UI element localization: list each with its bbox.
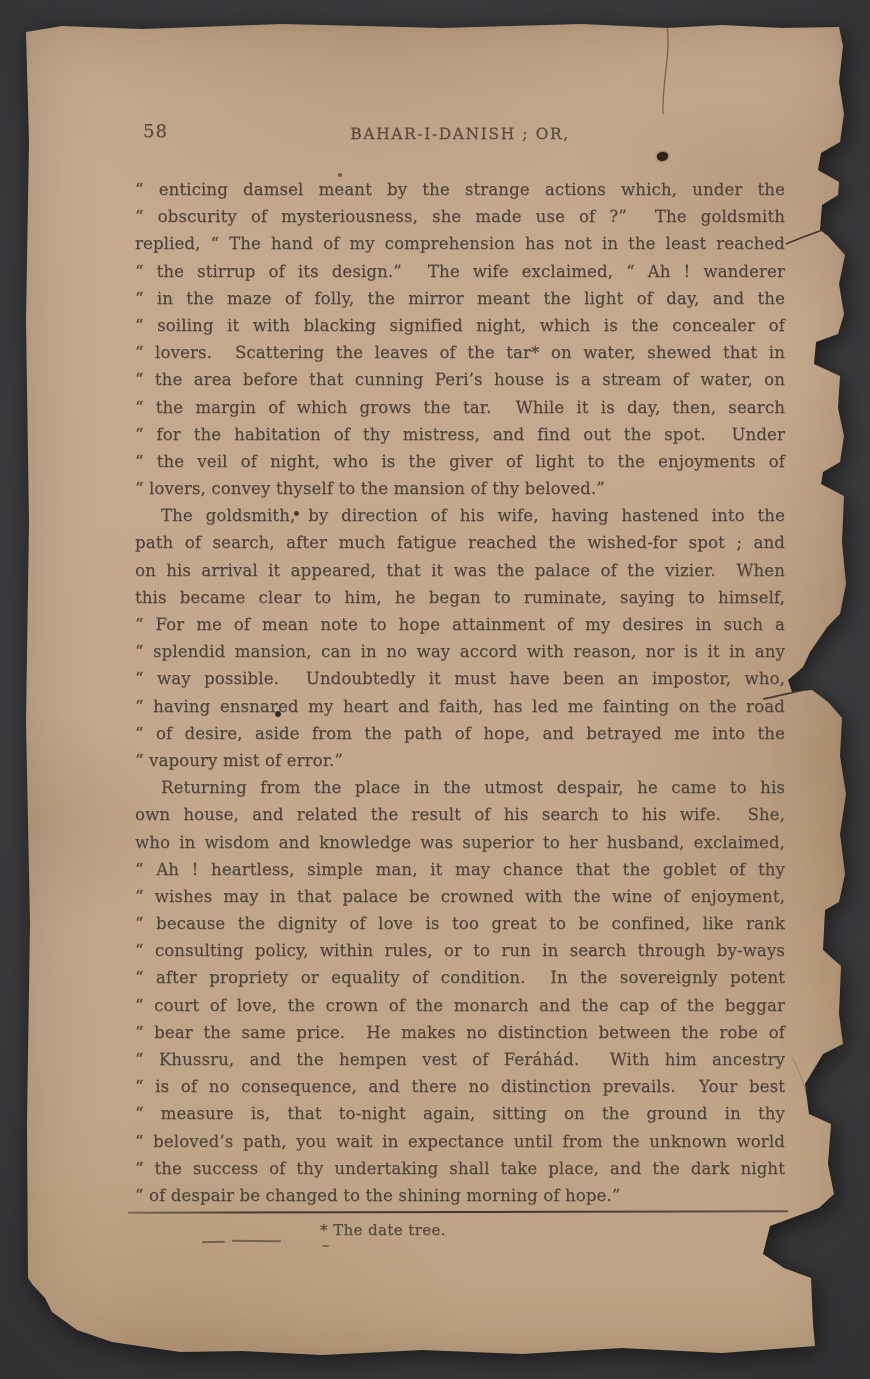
text-line: “ is of no consequence, and there no dis… (135, 1073, 785, 1100)
text-line: who in wisdom and knowledge was superior… (135, 829, 785, 856)
footnote-rule (128, 1210, 788, 1213)
pencil-dash (322, 1245, 329, 1247)
text-line: “ court of love, the crown of the monarc… (135, 992, 785, 1019)
text-line: path of search, after much fatigue reach… (135, 529, 785, 556)
text-line: replied, “ The hand of my comprehension … (135, 230, 785, 257)
text-line: “ bear the same price. He makes no disti… (135, 1019, 785, 1046)
footnote: * The date tree. (320, 1221, 446, 1239)
text-line: “ having ensnared my heart and faith, ha… (135, 693, 785, 720)
text-line: “ Khussru, and the hempen vest of Feráhá… (135, 1046, 785, 1073)
text-line: The goldsmith, by direction of his wife,… (135, 502, 785, 529)
running-title: BAHAR-I-DANISH ; OR, (135, 125, 785, 143)
text-line: “ splendid mansion, can in no way accord… (135, 638, 785, 665)
text-line: “ obscurity of mysteriousness, she made … (135, 203, 785, 230)
text-line: “ way possible. Undoubtedly it must have… (135, 665, 785, 692)
pencil-dash (232, 1240, 281, 1242)
text-line: “ For me of mean note to hope attainment… (135, 611, 785, 638)
text-line: “ of despair be changed to the shining m… (135, 1182, 785, 1209)
text-line: “ lovers, convey thyself to the mansion … (135, 475, 785, 502)
text-line: “ of desire, aside from the path of hope… (135, 720, 785, 747)
text-line: “ consulting policy, within rules, or to… (135, 937, 785, 964)
text-line: “ measure is, that to-night again, sitti… (135, 1100, 785, 1127)
text-line: on his arrival it appeared, that it was … (135, 557, 785, 584)
text-line: “ the success of thy undertaking shall t… (135, 1155, 785, 1182)
text-line: “ beloved’s path, you wait in expectance… (135, 1128, 785, 1155)
text-line: “ in the maze of folly, the mirror meant… (135, 285, 785, 312)
text-line: “ because the dignity of love is too gre… (135, 910, 785, 937)
body-text: “ enticing damsel meant by the strange a… (135, 176, 785, 1209)
text-line: “ wishes may in that palace be crowned w… (135, 883, 785, 910)
ink-blot (294, 511, 299, 516)
photo-background: 58 BAHAR-I-DANISH ; OR, “ enticing damse… (0, 0, 870, 1379)
text-line: “ the stirrup of its design.” The wife e… (135, 258, 785, 285)
book-page: 58 BAHAR-I-DANISH ; OR, “ enticing damse… (22, 22, 846, 1358)
text-line: Returning from the place in the utmost d… (135, 774, 785, 801)
text-line: “ soiling it with blacking signified nig… (135, 312, 785, 339)
paper-shadow-wrap: 58 BAHAR-I-DANISH ; OR, “ enticing damse… (0, 0, 870, 1379)
text-line: “ the veil of night, who is the giver of… (135, 448, 785, 475)
ink-blot (338, 173, 342, 177)
pencil-dash (202, 1241, 225, 1243)
text-line: “ lovers. Scattering the leaves of the t… (135, 339, 785, 366)
text-line: “ the margin of which grows the tar. Whi… (135, 394, 785, 421)
text-line: “ vapoury mist of error.” (135, 747, 785, 774)
text-line: own house, and related the result of his… (135, 801, 785, 828)
text-line: this became clear to him, he began to ru… (135, 584, 785, 611)
text-line: “ enticing damsel meant by the strange a… (135, 176, 785, 203)
ink-blot (657, 152, 668, 161)
text-line: “ the area before that cunning Peri’s ho… (135, 366, 785, 393)
ink-blot (275, 711, 281, 717)
text-line: “ for the habitation of thy mistress, an… (135, 421, 785, 448)
text-line: “ Ah ! heartless, simple man, it may cha… (135, 856, 785, 883)
text-line: “ after propriety or equality of conditi… (135, 964, 785, 991)
